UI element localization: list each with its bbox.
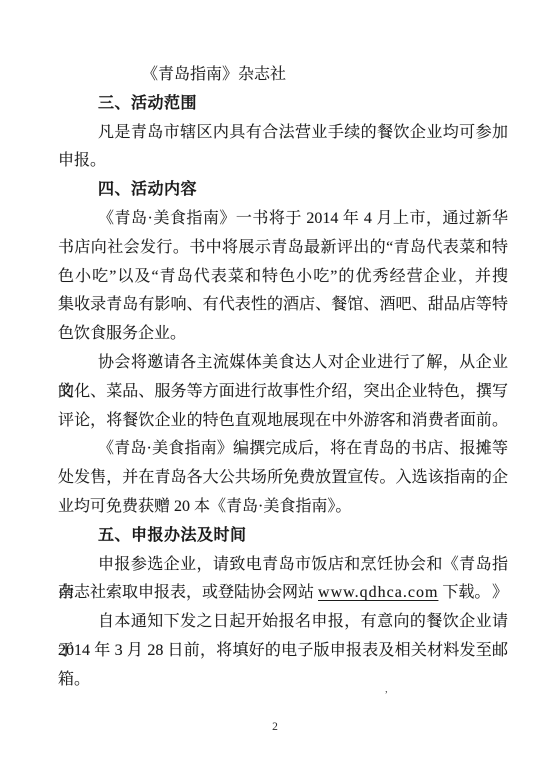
scan-speck: , xyxy=(385,683,388,695)
doc-line: 箱。 xyxy=(58,666,508,695)
doc-line: 业均可免费获赠 20 本《青岛·美食指南》。 xyxy=(58,493,508,522)
doc-line: 申报参选企业，请致电青岛市饭店和烹饪协会和《青岛指南》 xyxy=(58,551,508,580)
doc-line: 《青岛·美食指南》编撰完成后，将在青岛的书店、报摊等 xyxy=(58,435,508,464)
doc-line: 评论，将餐饮企业的特色直观地展现在中外游客和消费者面前。 xyxy=(58,407,508,436)
doc-line: 处发售，并在青岛各大公共场所免费放置宣传。入选该指南的企 xyxy=(58,464,508,493)
doc-line: 协会将邀请各主流媒体美食达人对企业进行了解，从企业的 xyxy=(58,349,508,378)
heading-activity-content: 四、活动内容 xyxy=(58,176,508,205)
heading-application-method: 五、申报办法及时间 xyxy=(58,522,508,551)
doc-line: 书店向社会发行。书中将展示青岛最新评出的“青岛代表菜和特 xyxy=(58,234,508,263)
doc-line-text: 杂志社索取申报表，或登陆协会网站 xyxy=(58,584,318,601)
doc-line: 自本通知下发之日起开始报名申报，有意向的餐饮企业请于 xyxy=(58,608,508,637)
doc-line-text: 下载。 xyxy=(442,584,490,601)
scanned-document-page: 《青岛指南》杂志社 三、活动范围 凡是青岛市辖区内具有合法营业手续的餐饮企业均可… xyxy=(0,0,550,778)
doc-line: 《青岛·美食指南》一书将于 2014 年 4 月上市，通过新华 xyxy=(58,205,508,234)
issuer-line: 《青岛指南》杂志社 xyxy=(58,61,508,90)
doc-line: 申报。 xyxy=(58,147,508,176)
doc-line: 色饮食服务企业。 xyxy=(58,320,508,349)
doc-line: 2014 年 3 月 28 日前，将填好的电子版申报表及相关材料发至邮 xyxy=(58,637,508,666)
page-number: 2 xyxy=(0,721,550,733)
doc-line: 色小吃”以及“青岛代表菜和特色小吃”的优秀经营企业，并搜 xyxy=(58,263,508,292)
heading-activity-scope: 三、活动范围 xyxy=(58,90,508,119)
doc-line: 凡是青岛市辖区内具有合法营业手续的餐饮企业均可参加 xyxy=(58,119,508,148)
document-body: 《青岛指南》杂志社 三、活动范围 凡是青岛市辖区内具有合法营业手续的餐饮企业均可… xyxy=(58,61,508,695)
doc-line: 文化、菜品、服务等方面进行故事性介绍，突出企业特色，撰写 xyxy=(58,378,508,407)
website-url: www.qdhca.com xyxy=(318,584,442,601)
doc-line: 集收录青岛有影响、有代表性的酒店、餐馆、酒吧、甜品店等特 xyxy=(58,291,508,320)
url-line: 杂志社索取申报表，或登陆协会网站 www.qdhca.com下载。 xyxy=(58,579,508,608)
